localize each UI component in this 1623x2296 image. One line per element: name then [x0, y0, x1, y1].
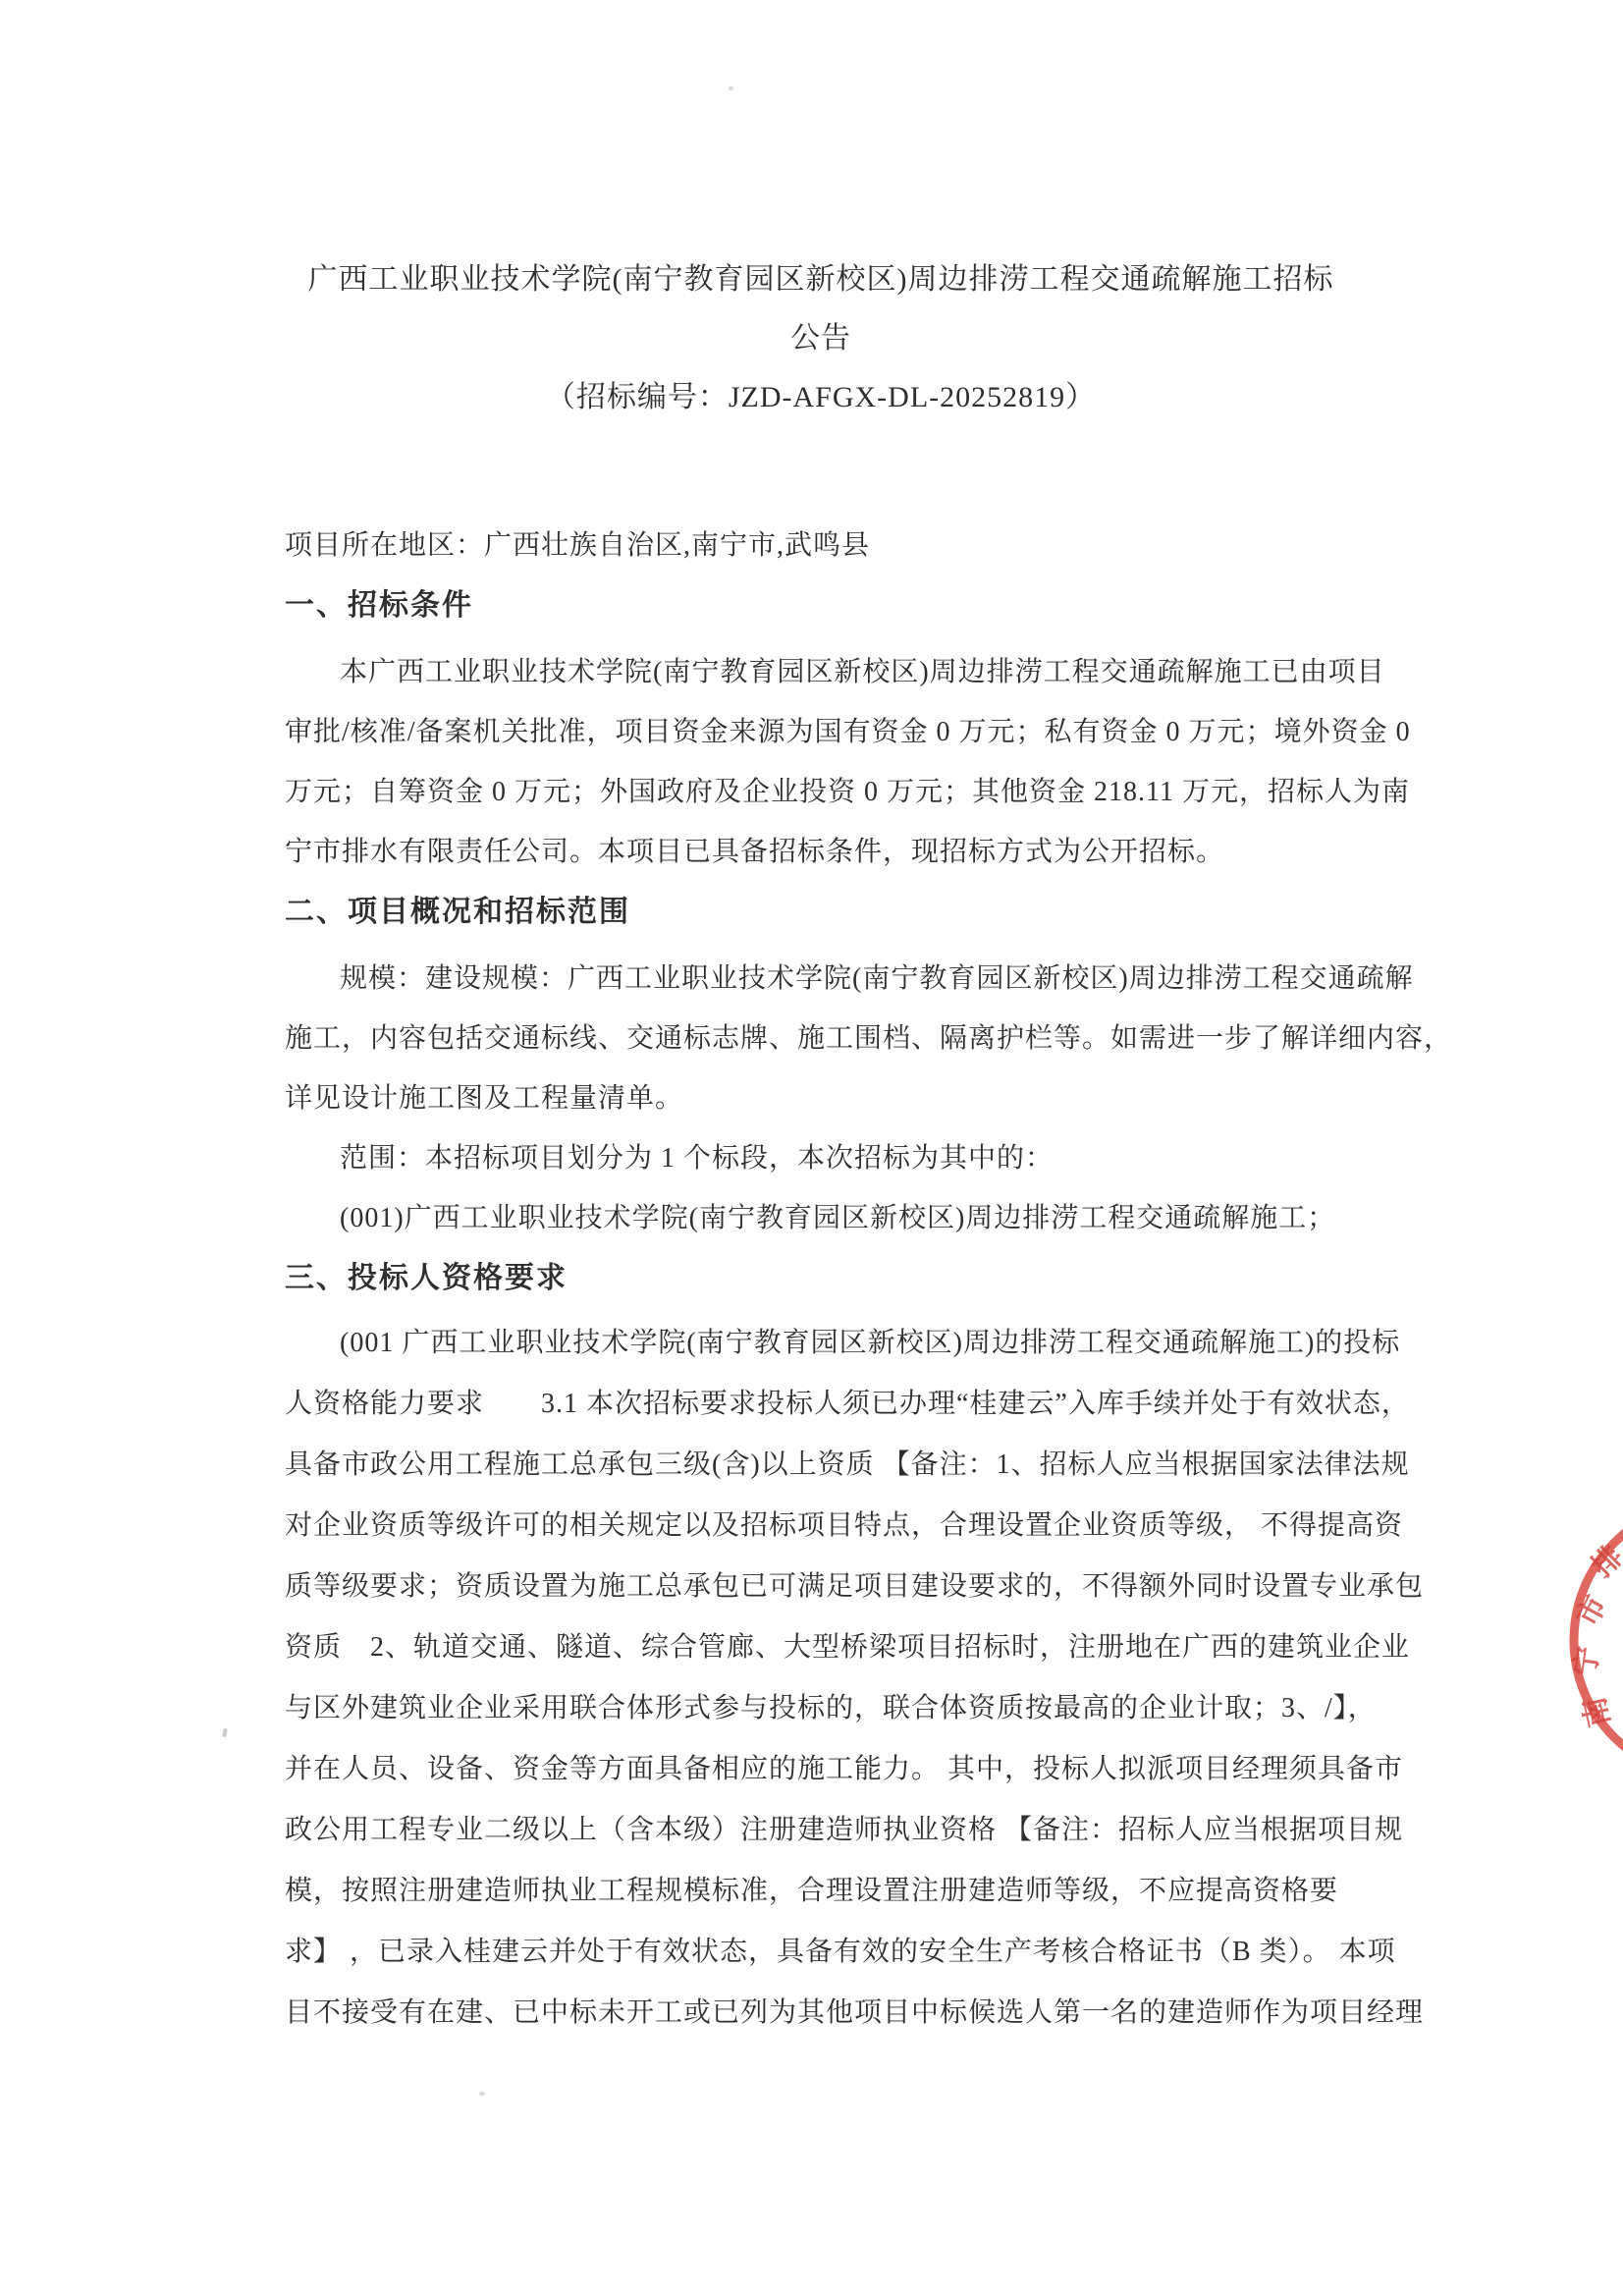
body-line: 万元；自筹资金 0 万元；外国政府及企业投资 0 万元；其他资金 218.11 …: [285, 762, 1357, 822]
red-seal-stamp-icon: 排 市 宁 南: [1549, 1505, 1623, 1771]
body-line: 目不接受有在建、已中标未开工或已列为其他项目中标候选人第一名的建造师作为项目经理: [285, 1983, 1357, 2044]
section-heading-1: 一、招标条件: [285, 575, 1357, 636]
body-line: 宁市排水有限责任公司。本项目已具备招标条件，现招标方式为公开招标。: [285, 822, 1357, 882]
body-line: 规模：建设规模：广西工业职业技术学院(南宁教育园区新校区)周边排涝工程交通疏解: [285, 949, 1357, 1009]
body-line: 模，按照注册建造师执业工程规模标准，合理设置注册建造师等级，不应提高资格要: [285, 1861, 1357, 1922]
body-line: 与区外建筑业企业采用联合体形式参与投标的，联合体资质按最高的企业计取；3、/】，: [285, 1678, 1357, 1739]
document-content: 广西工业职业技术学院(南宁教育园区新校区)周边排涝工程交通疏解施工招标 公告 （…: [285, 0, 1357, 2044]
body-line: 政公用工程专业二级以上（含本级）注册建造师执业资格 【备注：招标人应当根据项目规: [285, 1800, 1357, 1861]
document-title-line2: 公告: [285, 309, 1357, 368]
body-line: 详见设计施工图及工程量清单。: [285, 1068, 1357, 1128]
scan-speck: [222, 1728, 228, 1738]
project-location: 项目所在地区：广西壮族自治区,南宁市,武鸣县: [285, 516, 1357, 575]
seal-char: 宁: [1569, 1645, 1605, 1678]
body-line: (001 广西工业职业技术学院(南宁教育园区新校区)周边排涝工程交通疏解施工)的…: [285, 1313, 1357, 1374]
section-heading-3: 三、投标人资格要求: [285, 1248, 1357, 1309]
body-line: 质等级要求；资质设置为施工总承包已可满足项目建设要求的，不得额外同时设置专业承包: [285, 1557, 1357, 1617]
body-line: 具备市政公用工程施工总承包三级(含)以上资质 【备注：1、招标人应当根据国家法律…: [285, 1435, 1357, 1496]
section-3: 三、投标人资格要求 (001 广西工业职业技术学院(南宁教育园区新校区)周边排涝…: [285, 1248, 1357, 2044]
section-heading-2: 二、项目概况和招标范围: [285, 882, 1357, 943]
body-line: 范围：本招标项目划分为 1 个标段，本次招标为其中的：: [285, 1128, 1357, 1188]
body-line: 本广西工业职业技术学院(南宁教育园区新校区)周边排涝工程交通疏解施工已由项目: [285, 642, 1357, 702]
body-line: (001)广西工业职业技术学院(南宁教育园区新校区)周边排涝工程交通疏解施工；: [285, 1188, 1357, 1248]
body-line: 人资格能力要求 3.1 本次招标要求投标人须已办理“桂建云”入库手续并处于有效状…: [285, 1374, 1357, 1435]
document-title-line1: 广西工业职业技术学院(南宁教育园区新校区)周边排涝工程交通疏解施工招标: [285, 250, 1357, 309]
body-line: 并在人员、设备、资金等方面具备相应的施工能力。 其中，投标人拟派项目经理须具备市: [285, 1739, 1357, 1800]
scan-speck: [729, 86, 733, 90]
body-line: 审批/核准/备案机关批准，项目资金来源为国有资金 0 万元；私有资金 0 万元；…: [285, 702, 1357, 762]
body-line: 资质 2、轨道交通、隧道、综合管廊、大型桥梁项目招标时，注册地在广西的建筑业企业: [285, 1617, 1357, 1678]
tender-number: （招标编号：JZD-AFGX-DL-20252819）: [285, 368, 1357, 427]
body-line: 对企业资质等级许可的相关规定以及招标项目特点，合理设置企业资质等级， 不得提高资: [285, 1496, 1357, 1557]
body-line: 施工，内容包括交通标线、交通标志牌、施工围档、隔离护栏等。如需进一步了解详细内容…: [285, 1009, 1357, 1068]
scan-speck: [479, 2092, 485, 2096]
body-line: 求】 ，已录入桂建云并处于有效状态，具备有效的安全生产考核合格证书（B 类）。 …: [285, 1922, 1357, 1983]
document-page: 广西工业职业技术学院(南宁教育园区新校区)周边排涝工程交通疏解施工招标 公告 （…: [0, 0, 1623, 2296]
